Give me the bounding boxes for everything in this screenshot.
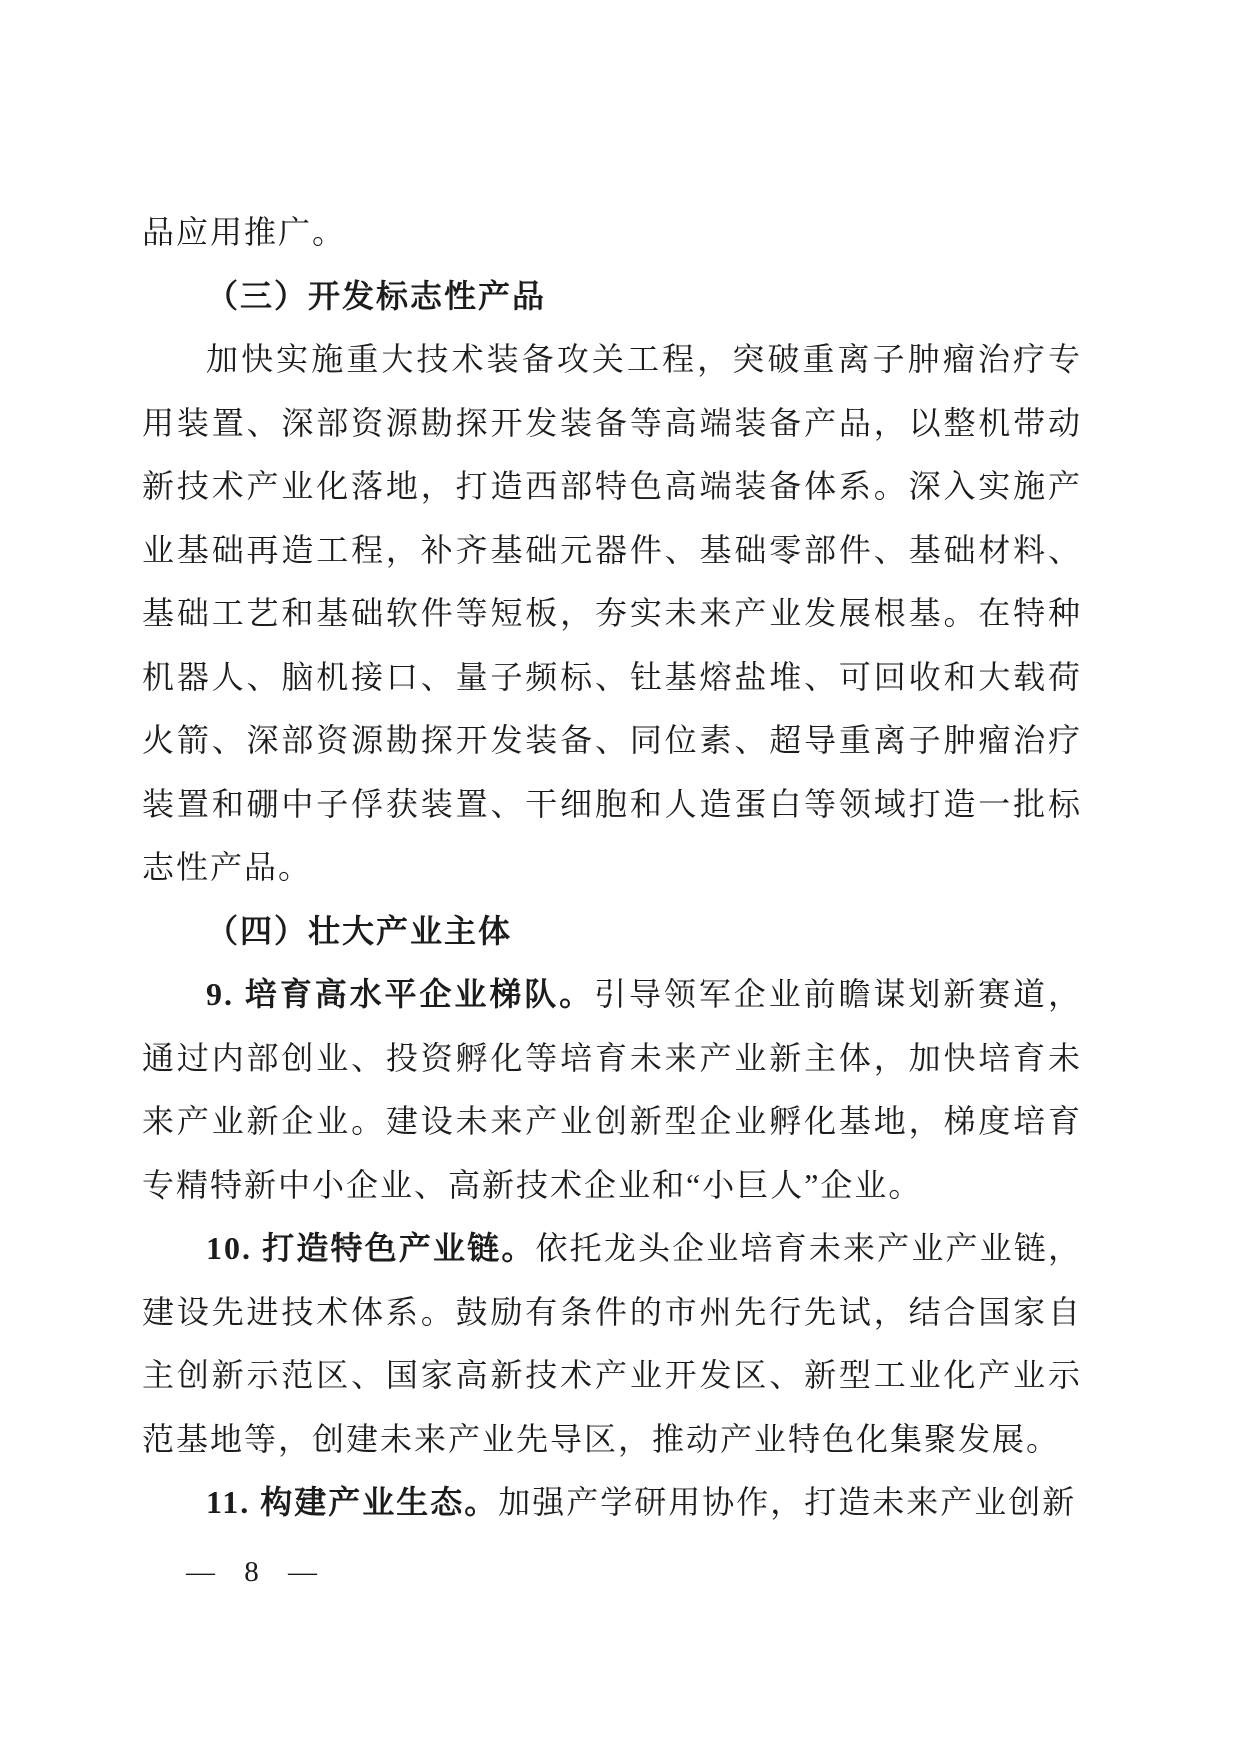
item-11-text: 加强产学研用协作，打造未来产业创新 bbox=[498, 1484, 1076, 1520]
item-10-lead: 10. 打造特色产业链。 bbox=[206, 1230, 536, 1266]
item-9-lead: 9. 培育高水平企业梯队。 bbox=[206, 976, 594, 1012]
document-body: 品应用推广。 （三）开发标志性产品 加快实施重大技术装备攻关工程，突破重离子肿瘤… bbox=[142, 201, 1082, 1535]
paragraph-signature-products: 加快实施重大技术装备攻关工程，突破重离子肿瘤治疗专用装置、深部资源勘探开发装备等… bbox=[142, 328, 1082, 900]
page-number: — 8 — bbox=[186, 1556, 319, 1589]
section-heading-3: （三）开发标志性产品 bbox=[142, 265, 1082, 329]
paragraph-continuation: 品应用推广。 bbox=[142, 201, 1082, 265]
paragraph-item-10: 10. 打造特色产业链。依托龙头企业培育未来产业产业链，建设先进技术体系。鼓励有… bbox=[142, 1217, 1082, 1471]
item-11-lead: 11. 构建产业生态。 bbox=[206, 1484, 498, 1520]
section-heading-4: （四）壮大产业主体 bbox=[142, 900, 1082, 964]
paragraph-item-9: 9. 培育高水平企业梯队。引导领军企业前瞻谋划新赛道，通过内部创业、投资孵化等培… bbox=[142, 963, 1082, 1217]
document-page: 品应用推广。 （三）开发标志性产品 加快实施重大技术装备攻关工程，突破重离子肿瘤… bbox=[0, 0, 1241, 1754]
paragraph-item-11: 11. 构建产业生态。加强产学研用协作，打造未来产业创新 bbox=[142, 1471, 1082, 1535]
